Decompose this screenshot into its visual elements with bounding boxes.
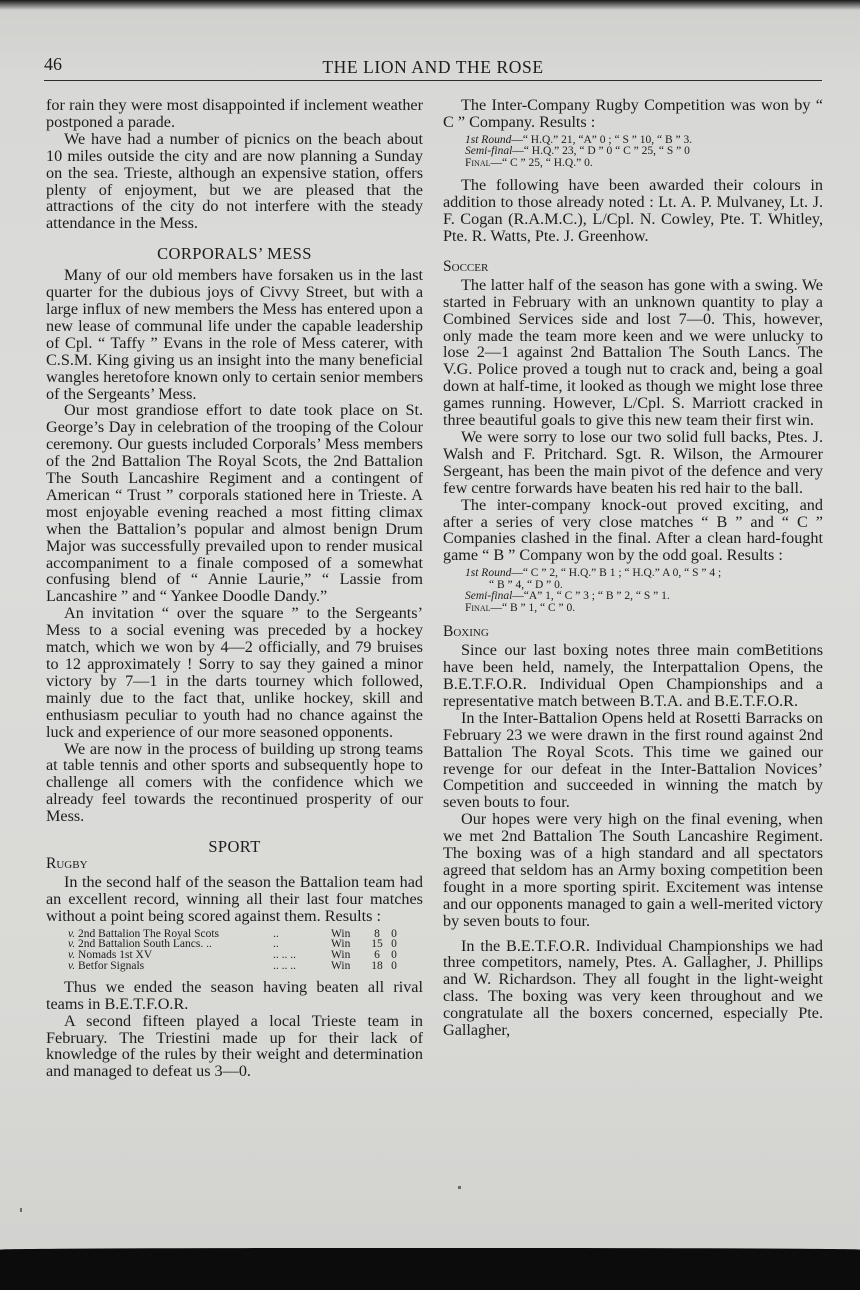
- paragraph: An invitation “ over the square ” to the…: [46, 605, 423, 740]
- paragraph: Thus we ended the season having beaten a…: [46, 979, 423, 1013]
- paragraph: for rain they were most disappointed if …: [46, 97, 423, 131]
- paragraph: Since our last boxing notes three main c…: [443, 642, 823, 710]
- section-heading-corporals-mess: CORPORALS’ MESS: [46, 246, 423, 263]
- paragraph: We were sorry to lose our two solid full…: [443, 429, 823, 497]
- page-header: 46 THE LION AND THE ROSE: [44, 54, 822, 81]
- versus-prefix: v.: [68, 960, 75, 972]
- paragraph: Our most grandiose effort to date took p…: [46, 402, 423, 605]
- dots-cell: ..: [273, 929, 331, 940]
- paragraph: The inter-company knock-out proved excit…: [443, 497, 823, 565]
- theirs-cell: 0: [387, 961, 401, 972]
- paragraph: The following have been awarded their co…: [443, 177, 823, 245]
- result-line: Final—“ C ” 25, “ H.Q.” 0.: [465, 158, 823, 170]
- paper-speck: [458, 1186, 461, 1189]
- paragraph: The Inter-Company Rugby Competition was …: [443, 97, 823, 131]
- paragraph: We are now in the process of building up…: [46, 741, 423, 826]
- dots-cell: .. .. ..: [273, 961, 331, 972]
- table-row: v. Betfor Signals.. .. ..Win180: [68, 961, 401, 972]
- paragraph: In the Inter-Battalion Opens held at Ros…: [443, 710, 823, 811]
- paragraph: The latter half of the season has gone w…: [443, 277, 823, 429]
- opponent-cell: v. Betfor Signals: [68, 961, 273, 972]
- paper-speck: [20, 1208, 22, 1212]
- right-column: The Inter-Company Rugby Competition was …: [443, 97, 823, 1039]
- paragraph: Our hopes were very high on the final ev…: [443, 811, 823, 929]
- soccer-results: 1st Round—“ C ” 2, “ H.Q.” B 1 ; “ H.Q.”…: [465, 568, 823, 614]
- section-heading-sport: SPORT: [46, 839, 423, 856]
- paragraph: In the B.E.T.F.O.R. Individual Champions…: [443, 938, 823, 1039]
- opponent-name: Betfor Signals: [78, 960, 144, 972]
- subheading-soccer: Soccer: [443, 259, 823, 276]
- paragraph: In the second half of the season the Bat…: [46, 874, 423, 925]
- paragraph: We have had a number of picnics on the b…: [46, 131, 423, 232]
- subheading-boxing: Boxing: [443, 624, 823, 641]
- result-line: Final—“ B ” 1, “ C ” 0.: [465, 603, 823, 615]
- scan-top-shadow: [0, 0, 860, 10]
- res-cell: Win: [331, 961, 367, 972]
- paragraph: A second fifteen played a local Trieste …: [46, 1013, 423, 1081]
- ours-cell: 18: [367, 961, 387, 972]
- inter-company-rugby-results: 1st Round—“ H.Q.” 21, “A” 0 ; “ S ” 10, …: [465, 135, 823, 170]
- magazine-page: 46 THE LION AND THE ROSE for rain they w…: [0, 0, 860, 1250]
- rugby-results-table: v. 2nd Battalion The Royal Scots..Win80v…: [68, 929, 401, 972]
- running-title: THE LION AND THE ROSE: [44, 57, 822, 78]
- paragraph: Many of our old members have forsaken us…: [46, 267, 423, 402]
- subheading-rugby: Rugby: [46, 856, 423, 873]
- left-column: for rain they were most disappointed if …: [46, 97, 423, 1080]
